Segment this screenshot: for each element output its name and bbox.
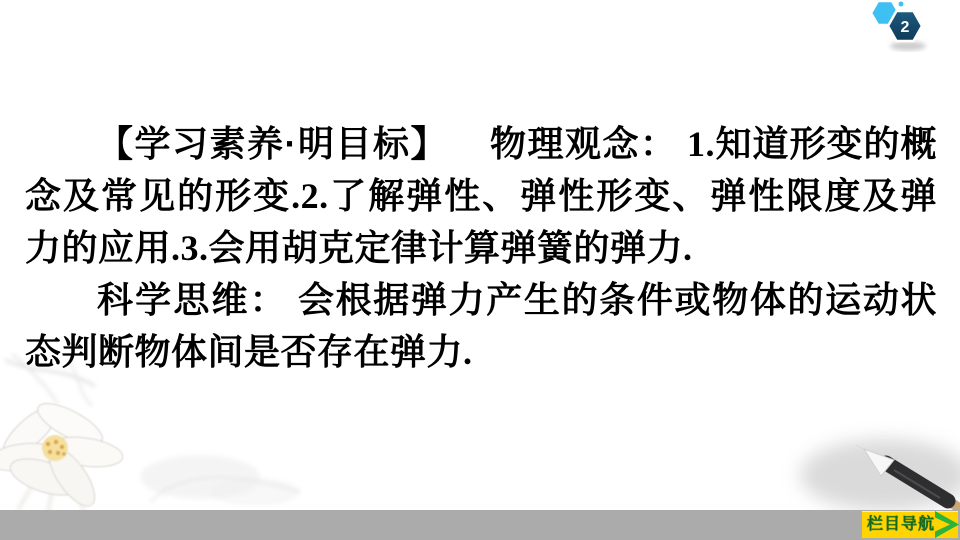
page-number: 2 <box>901 19 910 36</box>
objectives-paragraph-1: 【学习素养·明目标】 物理观念： 1.知道形变的概念及常见的形变.2.了解弹性、… <box>25 118 937 274</box>
brush-handle <box>886 463 948 501</box>
slide-canvas: 【学习素养·明目标】 物理观念： 1.知道形变的概念及常见的形变.2.了解弹性、… <box>0 0 960 540</box>
objectives-paragraph-2: 科学思维： 会根据弹力产生的条件或物体的运动状态判断物体间是否存在弹力. <box>25 274 937 378</box>
physics-concepts-label: 物理观念： <box>490 123 678 164</box>
objectives-heading: 【学习素养·明目标】 <box>97 123 448 164</box>
brush-shadow <box>800 439 960 511</box>
brush-tip <box>864 449 894 476</box>
page-number-badge: 2 <box>838 0 948 52</box>
objectives-text: 【学习素养·明目标】 物理观念： 1.知道形变的概念及常见的形变.2.了解弹性、… <box>25 118 937 378</box>
calligraphy-brush-image <box>780 417 960 512</box>
science-thinking-label: 科学思维： <box>97 279 288 320</box>
brush-tail <box>950 502 959 508</box>
footer-bar <box>0 510 960 540</box>
nav-button[interactable]: 栏目导航 <box>862 511 958 538</box>
chevron-right-icon <box>933 511 959 538</box>
dot-icon <box>898 1 904 7</box>
lotus-petals <box>0 396 125 512</box>
badge-shadow <box>890 42 926 51</box>
